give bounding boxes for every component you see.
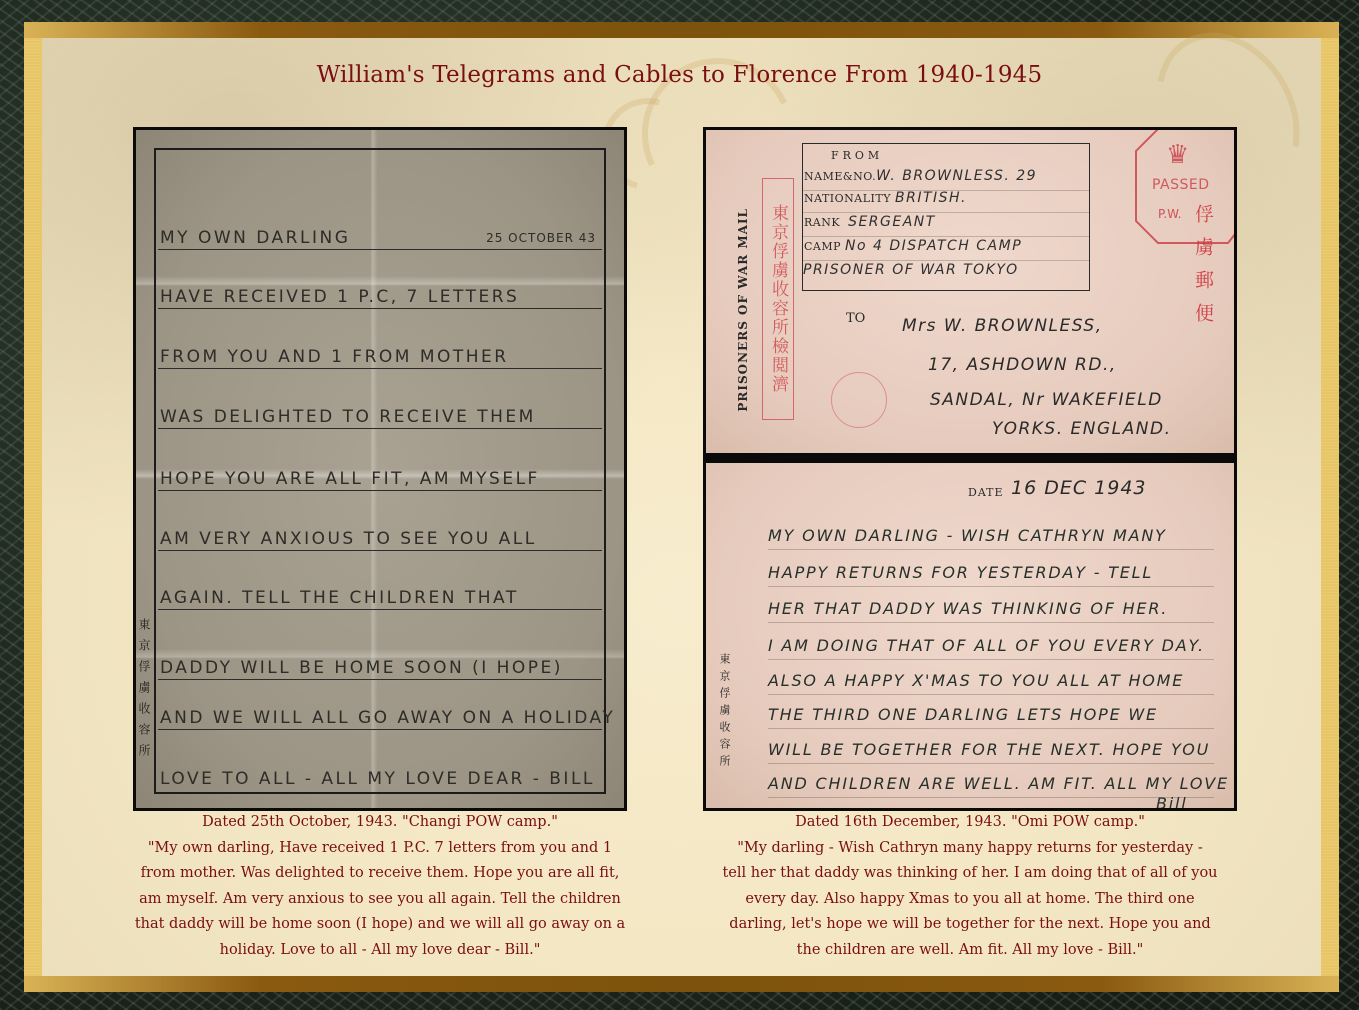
handwritten-date: 25 OCTOBER 43 [486, 225, 596, 251]
postcard-back: DATE 16 DEC 1943 MY OWN DARLING - WISH C… [706, 463, 1234, 808]
handwritten-line: LOVE TO ALL - ALL MY LOVE DEAR - BILL [158, 766, 602, 790]
handwritten-line: MY OWN DARLING - WISH CATHRYN MANY [768, 521, 1214, 550]
address-line: YORKS. ENGLAND. [992, 419, 1171, 439]
handwritten-line: AND CHILDREN ARE WELL. AM FIT. ALL MY LO… [768, 769, 1214, 798]
handwritten-line: HER THAT DADDY WAS THINKING OF HER. [768, 594, 1214, 623]
from-field-camp-line2: PRISONER OF WAR TOKYO [803, 262, 1089, 284]
handwritten-line: WILL BE TOGETHER FOR THE NEXT. HOPE YOU [768, 735, 1214, 764]
left-letter-image: MY OWN DARLING 25 OCTOBER 43 HAVE RECEIV… [133, 127, 627, 811]
address-line: SANDAL, Nr WAKEFIELD [930, 390, 1163, 410]
from-field-name: NAME&NO.W. BROWNLESS. 29 [803, 168, 1089, 191]
left-caption: Dated 25th October, 1943. "Changi POW ca… [125, 810, 635, 963]
handwritten-line: AM VERY ANXIOUS TO SEE YOU ALL [158, 526, 602, 551]
handwritten-line: HOPE YOU ARE ALL FIT, AM MYSELF [158, 466, 602, 491]
handwritten-line: I AM DOING THAT OF ALL OF YOU EVERY DAY. [768, 631, 1214, 660]
caption-line: holiday. Love to all - All my love dear … [125, 938, 635, 964]
handwritten-line: THE THIRD ONE DARLING LETS HOPE WE [768, 700, 1214, 729]
page-title: William's Telegrams and Cables to Floren… [0, 62, 1359, 88]
right-caption: Dated 16th December, 1943. "Omi POW camp… [710, 810, 1230, 963]
caption-line: the children are well. Am fit. All my lo… [710, 938, 1230, 964]
pow-mail-label: PRISONERS OF WAR MAIL [736, 208, 750, 412]
handwritten-line: MY OWN DARLING 25 OCTOBER 43 [158, 225, 602, 250]
handwritten-line: HAVE RECEIVED 1 P.C, 7 LETTERS [158, 284, 602, 309]
handwritten-line: FROM YOU AND 1 FROM MOTHER [158, 344, 602, 369]
frame-bottom-bar [24, 976, 1339, 992]
right-postcard-image: PRISONERS OF WAR MAIL 東京俘虜收容所檢閲濟 FROM NA… [703, 127, 1237, 811]
round-postmark [831, 372, 887, 428]
signature: Bill [1156, 789, 1214, 811]
crown-icon: ♛ [1166, 140, 1189, 170]
handwritten-line: WAS DELIGHTED TO RECEIVE THEM [158, 404, 602, 429]
frame-top-bar [24, 22, 1339, 38]
caption-heading: Dated 16th December, 1943. "Omi POW camp… [710, 810, 1230, 836]
handwritten-line: HAPPY RETURNS FOR YESTERDAY - TELL [768, 558, 1214, 587]
caption-line: from mother. Was delighted to receive th… [125, 861, 635, 887]
from-field-nationality: NATIONALITY BRITISH. [803, 190, 1089, 213]
handwritten-line: ALSO A HAPPY X'MAS TO YOU ALL AT HOME [768, 666, 1214, 695]
from-box: FROM NAME&NO.W. BROWNLESS. 29 NATIONALIT… [802, 143, 1090, 291]
margin-japanese-text: 東京俘虜收容所 [716, 653, 732, 772]
address-line: Mrs W. BROWNLESS, [902, 316, 1103, 336]
passed-stamp-text: PASSED [1152, 177, 1210, 193]
from-field-camp: CAMP No 4 DISPATCH CAMP [803, 238, 1089, 261]
postcard-front: PRISONERS OF WAR MAIL 東京俘虜收容所檢閲濟 FROM NA… [706, 130, 1234, 453]
from-field-rank: RANK SERGEANT [803, 214, 1089, 237]
handwritten-line: AND WE WILL ALL GO AWAY ON A HOLIDAY [158, 705, 602, 730]
caption-line: darling, let's hope we will be together … [710, 912, 1230, 938]
from-title: FROM [831, 149, 883, 162]
handwritten-line: AGAIN. TELL THE CHILDREN THAT [158, 585, 602, 610]
to-label: TO [846, 311, 865, 326]
date-value: 16 DEC 1943 [1011, 477, 1147, 499]
caption-line: tell her that daddy was thinking of her.… [710, 861, 1230, 887]
date-label: DATE [968, 486, 1004, 499]
margin-japanese-text: 東京俘虜收容所 [136, 618, 153, 765]
caption-line: "My darling - Wish Cathryn many happy re… [710, 836, 1230, 862]
caption-heading: Dated 25th October, 1943. "Changi POW ca… [125, 810, 635, 836]
caption-line: am myself. Am very anxious to see you al… [125, 887, 635, 913]
caption-line: every day. Also happy Xmas to you all at… [710, 887, 1230, 913]
handwritten-line: DADDY WILL BE HOME SOON (I HOPE) [158, 655, 602, 680]
caption-line: that daddy will be home soon (I hope) an… [125, 912, 635, 938]
pw-stamp-text: P.W. [1158, 207, 1181, 221]
pow-post-red-chars: 俘虜郵便 [1190, 204, 1217, 336]
address-line: 17, ASHDOWN RD., [928, 355, 1117, 375]
caption-line: "My own darling, Have received 1 P.C. 7 … [125, 836, 635, 862]
censor-stamp: 東京俘虜收容所檢閲濟 [762, 178, 794, 420]
